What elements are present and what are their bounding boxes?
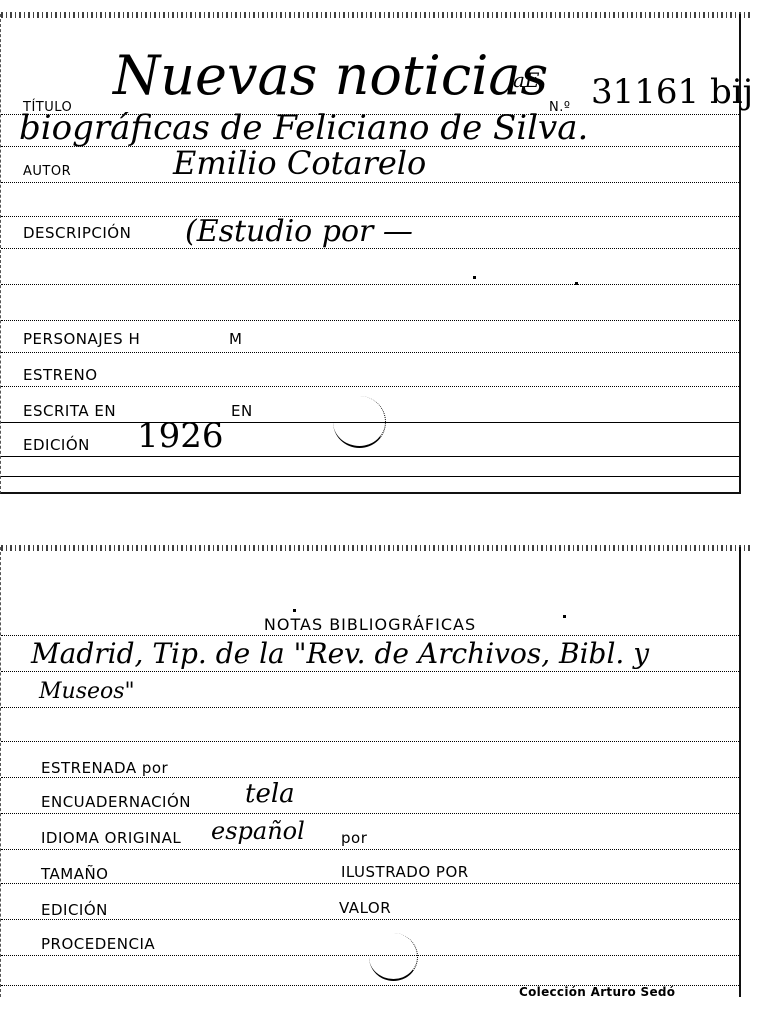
procedencia-label: PROCEDENCIA: [41, 935, 155, 953]
blank-rule-3: [1, 320, 739, 321]
notes-line1: Madrid, Tip. de la "Rev. de Archivos, Bi…: [31, 637, 649, 670]
descripcion-rule: [1, 248, 739, 249]
estreno-rule: [1, 386, 739, 387]
tamano-label: TAMAÑO: [41, 865, 109, 883]
notes-line2: Museos": [39, 679, 135, 704]
personajes-m-label: M: [229, 330, 242, 348]
escrita-en2-label: EN: [231, 402, 253, 420]
edicion2-rule: [1, 919, 739, 920]
encuadernacion-rule: [1, 813, 739, 814]
notas-heading: NOTAS BIBLIOGRÁFICAS: [1, 615, 739, 634]
notes-rule-1: [1, 671, 739, 672]
idioma-value: español: [211, 817, 305, 845]
torn-edge: [1, 545, 751, 551]
punch-hole: [333, 396, 386, 448]
notes-rule-2: [1, 707, 739, 708]
tamano-rule: [1, 883, 739, 884]
descripcion-label: DESCRIPCIÓN: [23, 224, 131, 242]
speck: [473, 276, 476, 279]
idioma-label: IDIOMA ORIGINAL: [41, 829, 181, 847]
edicion2-label: EDICIÓN: [41, 901, 108, 919]
autor-label: AUTOR: [23, 164, 71, 179]
catalog-card-front: TÍTULO Nuevas noticias aE N.º 31161 bij …: [0, 14, 741, 494]
personajes-rule: [1, 352, 739, 353]
titulo-value-line2: biográficas de Feliciano de Silva.: [19, 108, 588, 148]
estrenada-label: ESTRENADA por: [41, 759, 168, 777]
estreno-label: ESTRENO: [23, 366, 98, 384]
personajes-label: PERSONAJES H: [23, 330, 140, 348]
collection-footer: Colección Arturo Sedó: [519, 985, 675, 999]
edicion-label: EDICIÓN: [23, 436, 90, 454]
encuadernacion-value: tela: [245, 779, 295, 809]
punch-hole: [369, 933, 418, 981]
numero-value: 31161 bij: [591, 72, 753, 112]
valor-label: VALOR: [339, 899, 391, 917]
torn-edge: [1, 12, 751, 18]
autor-rule: [1, 182, 739, 183]
bottom-rule: [1, 476, 739, 477]
edicion-value: 1926: [137, 416, 224, 456]
estrenada-rule: [1, 777, 739, 778]
encuadernacion-label: ENCUADERNACIÓN: [41, 793, 191, 811]
code-mark: aE: [513, 68, 540, 92]
notas-rule: [1, 635, 739, 636]
ilustrado-label: ILUSTRADO POR: [341, 863, 469, 881]
idioma-rule: [1, 849, 739, 850]
descripcion-value: (Estudio por —: [185, 214, 413, 249]
titulo-value-line1: Nuevas noticias: [113, 44, 548, 107]
speck: [293, 609, 296, 612]
autor-value: Emilio Cotarelo: [173, 144, 426, 182]
speck: [563, 615, 566, 618]
blank-rule-2: [1, 284, 739, 285]
escrita-en-label: ESCRITA EN: [23, 402, 116, 420]
catalog-card-back: NOTAS BIBLIOGRÁFICAS Madrid, Tip. de la …: [0, 547, 741, 997]
idioma-por-label: por: [341, 829, 367, 847]
edicion-rule: [1, 456, 739, 457]
speck: [575, 282, 578, 285]
blank-rule: [1, 741, 739, 742]
